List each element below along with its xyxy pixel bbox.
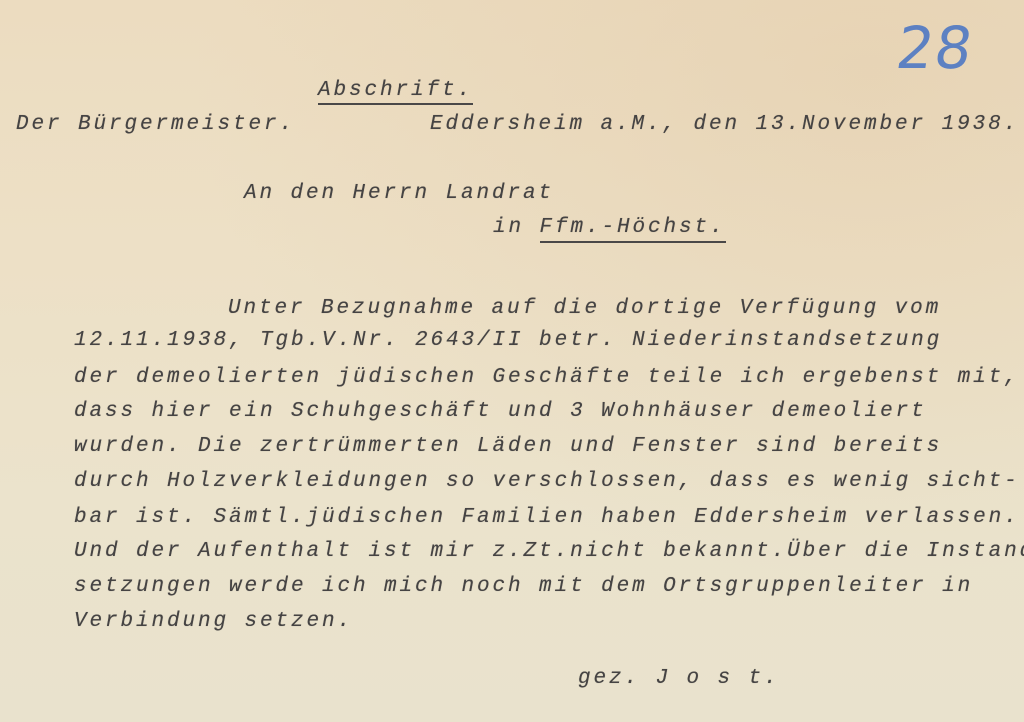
body-line: bar ist. Sämtl.jüdischen Familien haben … xyxy=(74,507,1020,528)
body-line: dass hier ein Schuhgeschäft und 3 Wohnhä… xyxy=(74,401,927,422)
recipient-place: Ffm.-Höchst. xyxy=(540,216,726,243)
recipient-line-2: in Ffm.-Höchst. xyxy=(493,217,726,238)
recipient-prefix: in xyxy=(493,216,540,239)
body-line: durch Holzverkleidungen so verschlossen,… xyxy=(74,471,1020,492)
body-line: Und der Aufenthalt ist mir z.Zt.nicht be… xyxy=(74,541,1024,562)
recipient-line-1: An den Herrn Landrat xyxy=(244,183,554,204)
body-line: setzungen werde ich mich noch mit dem Or… xyxy=(74,576,973,597)
body-line: der demeolierten jüdischen Geschäfte tei… xyxy=(74,367,1020,388)
place-date-line: Eddersheim a.M., den 13.November 1938. xyxy=(430,114,1019,135)
body-line: Verbindung setzen. xyxy=(74,611,353,632)
body-line: 12.11.1938, Tgb.V.Nr. 2643/II betr. Nied… xyxy=(74,330,942,351)
handwritten-page-number: 28 xyxy=(892,14,977,82)
sender-line: Der Bürgermeister. xyxy=(16,114,295,135)
body-line: wurden. Die zertrümmerten Läden und Fens… xyxy=(74,436,942,457)
body-line: Unter Bezugnahme auf die dortige Verfügu… xyxy=(228,298,941,319)
document-heading: Abschrift. xyxy=(318,80,473,105)
signature-line: gez. J o s t. xyxy=(578,668,780,689)
